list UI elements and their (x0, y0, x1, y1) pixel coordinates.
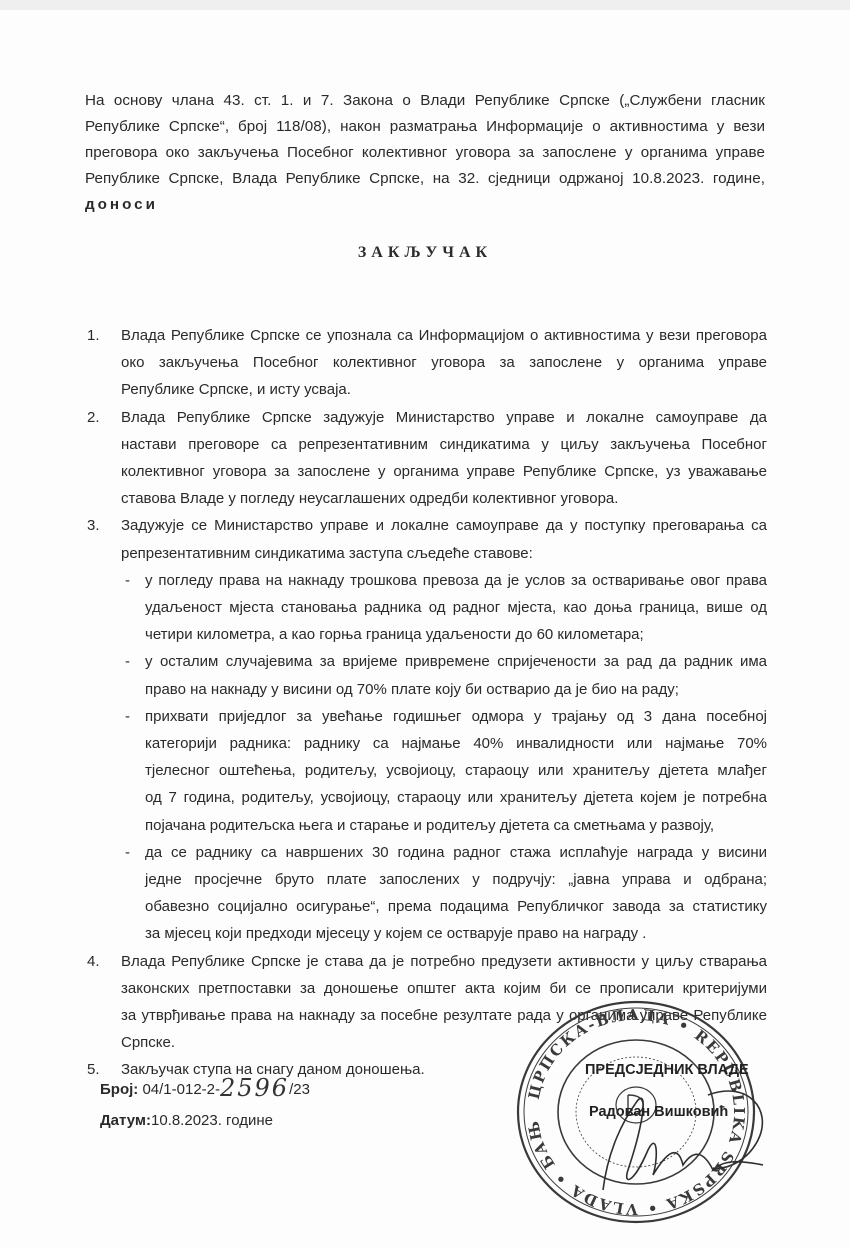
item-line: репрезентативним синдикатима заступа сље… (121, 540, 767, 567)
list-item-2: 2. Влада Републике Српске задужује Минис… (87, 404, 767, 513)
number-label: Број: (100, 1081, 138, 1098)
donosi-label: доноси (85, 192, 765, 218)
sub-item: - у осталим случајевима за вријеме привр… (121, 648, 767, 702)
item-line: Влада Републике Српске је става да је по… (121, 948, 767, 975)
sub-line: једне просјечне бруто плате запослених у… (145, 866, 767, 893)
sub-line: да се раднику са навршених 30 година рад… (145, 839, 767, 866)
item-line: настави преговоре са репрезентативним си… (121, 431, 767, 458)
intro-line: преговора око закључења Посебног колекти… (85, 140, 765, 166)
item-line: око закључења Посебног колективног угово… (121, 349, 767, 376)
signature-title: ПРЕДСЈЕДНИК ВЛАДЕ (585, 1062, 749, 1078)
item-number: 1. (87, 322, 100, 349)
item-line: колективног уговора за запослене у орган… (121, 458, 767, 485)
conclusion-list: 1. Влада Републике Српске се упознала са… (87, 322, 767, 1084)
dash-bullet: - (125, 703, 130, 730)
intro-line: На основу члана 43. ст. 1. и 7. Закона о… (85, 88, 765, 114)
list-item-3: 3. Задужује се Министарство управе и лок… (87, 512, 767, 947)
intro-paragraph: На основу члана 43. ст. 1. и 7. Закона о… (85, 88, 765, 218)
sub-line: од 7 година, родитељу, усвојиоцу, старао… (145, 784, 767, 811)
sub-line: категорији радника: раднику са најмање 4… (145, 730, 767, 757)
dash-bullet: - (125, 839, 130, 866)
item-line: Влада Републике Српске задужује Министар… (121, 404, 767, 431)
intro-line: Републике Српске“, број 118/08), након р… (85, 114, 765, 140)
sub-line: тјелесног оштећења, родитељу, усвојиоцу,… (145, 757, 767, 784)
top-bar (0, 0, 850, 10)
item-line: законских претпоставки за доношење опште… (121, 975, 767, 1002)
number-suffix: /23 (289, 1081, 310, 1098)
dash-bullet: - (125, 567, 130, 594)
sub-line: у осталим случајевима за вријеме приврем… (145, 648, 767, 675)
date-label: Датум: (100, 1112, 151, 1129)
sub-line: обавезно социјално осигурање“, према под… (145, 893, 767, 920)
list-item-1: 1. Влада Републике Српске се упознала са… (87, 322, 767, 404)
document-date: Датум:10.8.2023. године (100, 1112, 273, 1129)
intro-line: Републике Српске, Влада Републике Српске… (85, 166, 765, 192)
sub-line: за мјесец који предходи мјесецу у којем … (145, 920, 767, 947)
document-title: ЗАКЉУЧАК (0, 244, 850, 262)
document-number: Број: 04/1-012-2-2596/23 (100, 1072, 310, 1100)
handwritten-number: 2596 (220, 1074, 289, 1102)
signature-name: Радован Вишковић (589, 1104, 728, 1120)
sub-item: - да се раднику са навршених 30 година р… (121, 839, 767, 948)
sub-line: појачана родитељска њега и старање и род… (145, 812, 767, 839)
item-number: 5. (87, 1056, 100, 1083)
item-line: Републике Српске, и исту усваја. (121, 376, 767, 403)
sub-line: у погледу права на накнаду трошкова прев… (145, 567, 767, 594)
item-line: Задужује се Министарство управе и локалн… (121, 512, 767, 539)
number-prefix: 04/1-012-2- (138, 1081, 220, 1098)
sub-line: удаљеност мјеста становања радника од ра… (145, 594, 767, 621)
dash-bullet: - (125, 648, 130, 675)
sub-line: четири километра, а као горња граница уд… (145, 621, 767, 648)
sub-line: прихвати приједлог за увећање годишњег о… (145, 703, 767, 730)
sub-line: право на накнаду у висини од 70% плате к… (145, 676, 767, 703)
item-number: 2. (87, 404, 100, 431)
item-number: 4. (87, 948, 100, 975)
date-value: 10.8.2023. године (151, 1112, 273, 1129)
item-line: ставова Владе у погледу неусаглашених од… (121, 485, 767, 512)
item-line: Влада Републике Српске се упознала са Ин… (121, 322, 767, 349)
sub-item: - прихвати приједлог за увећање годишњег… (121, 703, 767, 839)
item-number: 3. (87, 512, 100, 539)
sub-item: - у погледу права на накнаду трошкова пр… (121, 567, 767, 649)
